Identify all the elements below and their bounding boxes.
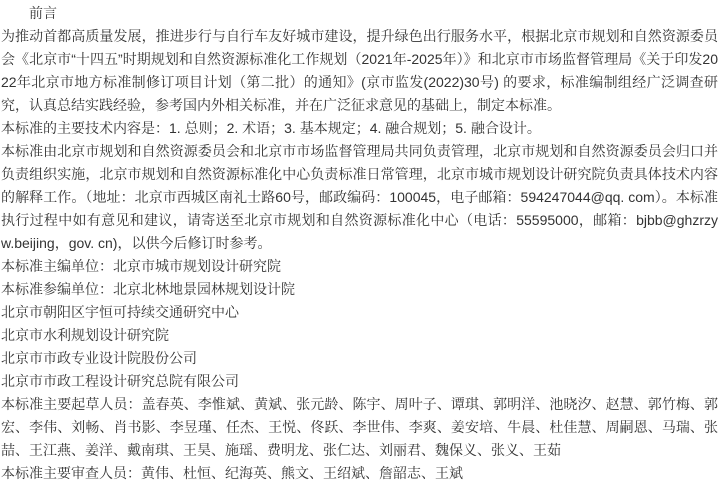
preface-document-page: 前言 为推动首都高质量发展，推进步行与自行车友好城市建设，提升绿色出行服务水平，… — [0, 0, 719, 481]
technical-contents-paragraph: 本标准的主要技术内容是：1. 总则；2. 术语；3. 基本规定；4. 融合规划；… — [1, 117, 718, 140]
participating-unit-5: 北京市市政工程设计研究总院有限公司 — [1, 370, 718, 393]
participating-unit-1: 本标准参编单位：北京北林地景园林规划设计院 — [1, 278, 718, 301]
drafters-paragraph: 本标准主要起草人员：盖春英、李惟斌、黄斌、张元龄、陈宇、周叶子、谭琪、郭明洋、池… — [1, 393, 718, 462]
management-paragraph: 本标准由北京市规划和自然资源委员会和北京市市场监督管理局共同负责管理，北京市规划… — [1, 140, 718, 255]
participating-unit-4: 北京市市政专业设计院股份公司 — [1, 347, 718, 370]
reviewers-paragraph: 本标准主要审查人员：黄伟、杜恒、纪海英、熊文、王绍斌、詹韶志、王斌 — [1, 462, 718, 481]
chief-editor-unit: 本标准主编单位：北京市城市规划设计研究院 — [1, 255, 718, 278]
participating-unit-3: 北京市水利规划设计研究院 — [1, 324, 718, 347]
preface-intro-paragraph: 为推动首都高质量发展，推进步行与自行车友好城市建设，提升绿色出行服务水平，根据北… — [1, 25, 718, 117]
preface-title: 前言 — [1, 2, 718, 25]
participating-unit-2: 北京市朝阳区宇恒可持续交通研究中心 — [1, 301, 718, 324]
